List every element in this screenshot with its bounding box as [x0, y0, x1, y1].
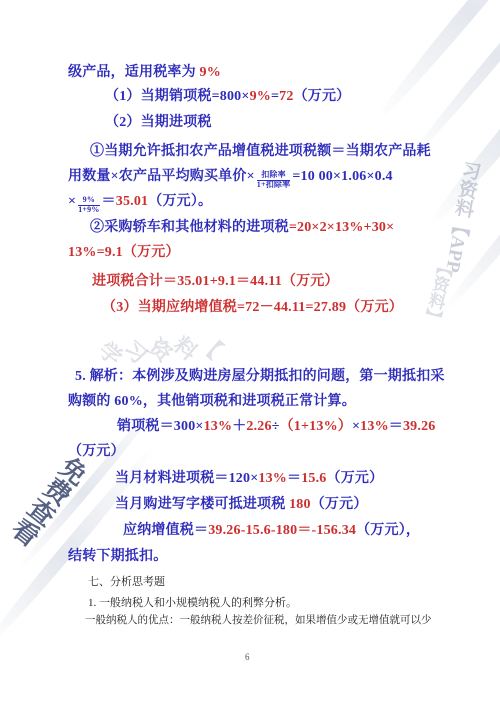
text-segment: 15.6	[301, 471, 326, 486]
watermark-char: 资	[143, 331, 180, 369]
text-line: 结转下期抵扣。	[68, 547, 167, 567]
text-segment: =10 00×1.06×0.4	[292, 169, 392, 184]
text-segment: （2）当期进项税	[105, 115, 212, 130]
text-segment: 当月购进写字楼可抵进项税	[115, 497, 289, 512]
text-segment: （万元）	[327, 471, 384, 486]
text-segment: （3）当期应纳增值税=72－44.11=27.89（万元）	[102, 300, 403, 315]
watermark-char: 【	[192, 327, 229, 365]
text-segment: 35.01	[116, 194, 149, 209]
text-segment: 72	[279, 89, 293, 104]
text-segment: 进项税合计＝35.01+9.1＝44.11（万元）	[92, 274, 339, 289]
text-segment: ＋	[232, 419, 246, 434]
text-segment: 当月材料进项税＝120×	[115, 471, 258, 486]
text-line: 1. 一般纳税人和小规模纳税人的利弊分析。	[88, 596, 297, 610]
text-segment: （1+13%）	[280, 419, 352, 434]
swoosh-decoration	[438, 78, 500, 317]
text-line: 购额的 60%，其他销项税和进项税正常计算。	[68, 392, 356, 412]
text-segment: 结转下期抵扣。	[68, 549, 167, 564]
text-segment: 1. 一般纳税人和小规模纳税人的利弊分析。	[88, 597, 297, 609]
page-number: 6	[245, 652, 250, 662]
text-line: 七、分析思考题	[88, 575, 165, 589]
text-segment: 13%	[204, 419, 233, 434]
text-segment: 9%	[200, 65, 221, 80]
text-segment: ①当期允许抵扣农产品增值税进项税额＝当期农产品耗	[90, 144, 431, 159]
text-line: 进项税合计＝35.01+9.1＝44.11（万元）	[92, 272, 339, 292]
text-segment: 13%	[258, 471, 287, 486]
text-segment: ＝	[287, 471, 301, 486]
swoosh-decoration	[423, 6, 500, 232]
text-segment: （万元）。	[148, 194, 212, 209]
text-segment: 一般纳税人的优点：一般纳税人按差价征税，如果增值少或无增值就可以少	[85, 615, 432, 626]
text-line: 销项税＝300×13%＋2.26÷（1+13%）×13%＝39.26	[117, 417, 435, 437]
watermark-middle-band: 学习资料【	[99, 330, 223, 369]
text-segment: （1）当期销项税=800×	[105, 89, 250, 104]
text-segment: （万元）	[311, 497, 368, 512]
text-segment: ＝	[389, 419, 403, 434]
text-line: 级产品，适用税率为 9%	[68, 63, 221, 83]
text-segment: 用数量×农产品平均购买单价×	[68, 169, 255, 184]
text-segment: 13%	[360, 419, 389, 434]
text-line: ②采购轿车和其他材料的进项税=20×2×13%+30×	[90, 218, 394, 238]
text-segment: 七、分析思考题	[88, 576, 165, 588]
text-line: （万元）	[68, 442, 125, 462]
inline-fraction: 9%1+9%	[78, 196, 99, 215]
watermark-char: 习	[118, 332, 155, 370]
watermark-right-column-2: 【资料】	[417, 256, 458, 328]
text-segment: 5. 解析：本例涉及购进房屋分期抵扣的问题，第一期抵扣采	[75, 369, 445, 384]
text-segment: 购额的 60%，其他销项税和进项税正常计算。	[68, 394, 356, 409]
text-line: 13%=9.1（万元）	[68, 243, 180, 263]
text-segment: （万元），	[356, 523, 420, 538]
text-line: 一般纳税人的优点：一般纳税人按差价征税，如果增值少或无增值就可以少	[85, 614, 432, 628]
text-segment: （万元）	[294, 89, 351, 104]
text-segment: 级产品，适用税率为	[68, 65, 200, 80]
text-segment: ②采购轿车和其他材料的进项税	[90, 220, 289, 235]
text-line: 应纳增值税＝39.26-15.6-180＝-156.34（万元），	[123, 521, 420, 541]
text-segment: ＝	[102, 194, 116, 209]
text-line: （1）当期销项税=800×9%=72（万元）	[105, 87, 350, 107]
text-segment: 180	[289, 497, 311, 512]
document-page: 学习资料【 习资料【APP 【资料】 免费查看 级产品，适用税率为 9%（1）当…	[0, 0, 500, 707]
watermark-char: 料	[168, 329, 205, 367]
text-line: ×9%1+9%＝35.01（万元）。	[68, 192, 212, 215]
text-segment: ÷	[272, 419, 280, 434]
text-line: （2）当期进项税	[105, 113, 212, 133]
text-segment: 39.26	[403, 419, 436, 434]
text-line: 当月购进写字楼可抵进项税 180（万元）	[115, 495, 368, 515]
text-line: ①当期允许抵扣农产品增值税进项税额＝当期农产品耗	[90, 142, 431, 162]
inline-fraction: 扣除率1+扣除率	[257, 171, 291, 190]
text-segment: 销项税＝300×	[117, 419, 204, 434]
swoosh-decoration	[404, 0, 500, 165]
text-line: （3）当期应纳增值税=72－44.11=27.89（万元）	[102, 298, 403, 318]
text-segment: 13%=9.1（万元）	[68, 245, 180, 260]
text-segment: =	[271, 89, 279, 104]
text-segment: 应纳增值税＝	[123, 523, 208, 538]
text-segment: ×	[352, 419, 360, 434]
text-segment: 39.26-15.6-180＝-156.34	[208, 523, 356, 538]
swoosh-decoration	[371, 0, 500, 126]
text-segment: =20×2×13%+30×	[289, 220, 395, 235]
text-segment: 2.26	[246, 419, 271, 434]
text-segment: （万元）	[68, 444, 125, 459]
watermark-right-column: 习资料【APP	[438, 159, 484, 275]
text-line: 当月材料进项税＝120×13%＝15.6（万元）	[115, 469, 383, 489]
text-line: 5. 解析：本例涉及购进房屋分期抵扣的问题，第一期抵扣采	[75, 367, 445, 387]
text-segment: ×	[68, 194, 76, 209]
watermark-left-diagonal: 免费查看	[2, 448, 95, 553]
text-line: 用数量×农产品平均购买单价×扣除率1+扣除率=10 00×1.06×0.4	[68, 167, 393, 190]
text-segment: 9%	[250, 89, 271, 104]
